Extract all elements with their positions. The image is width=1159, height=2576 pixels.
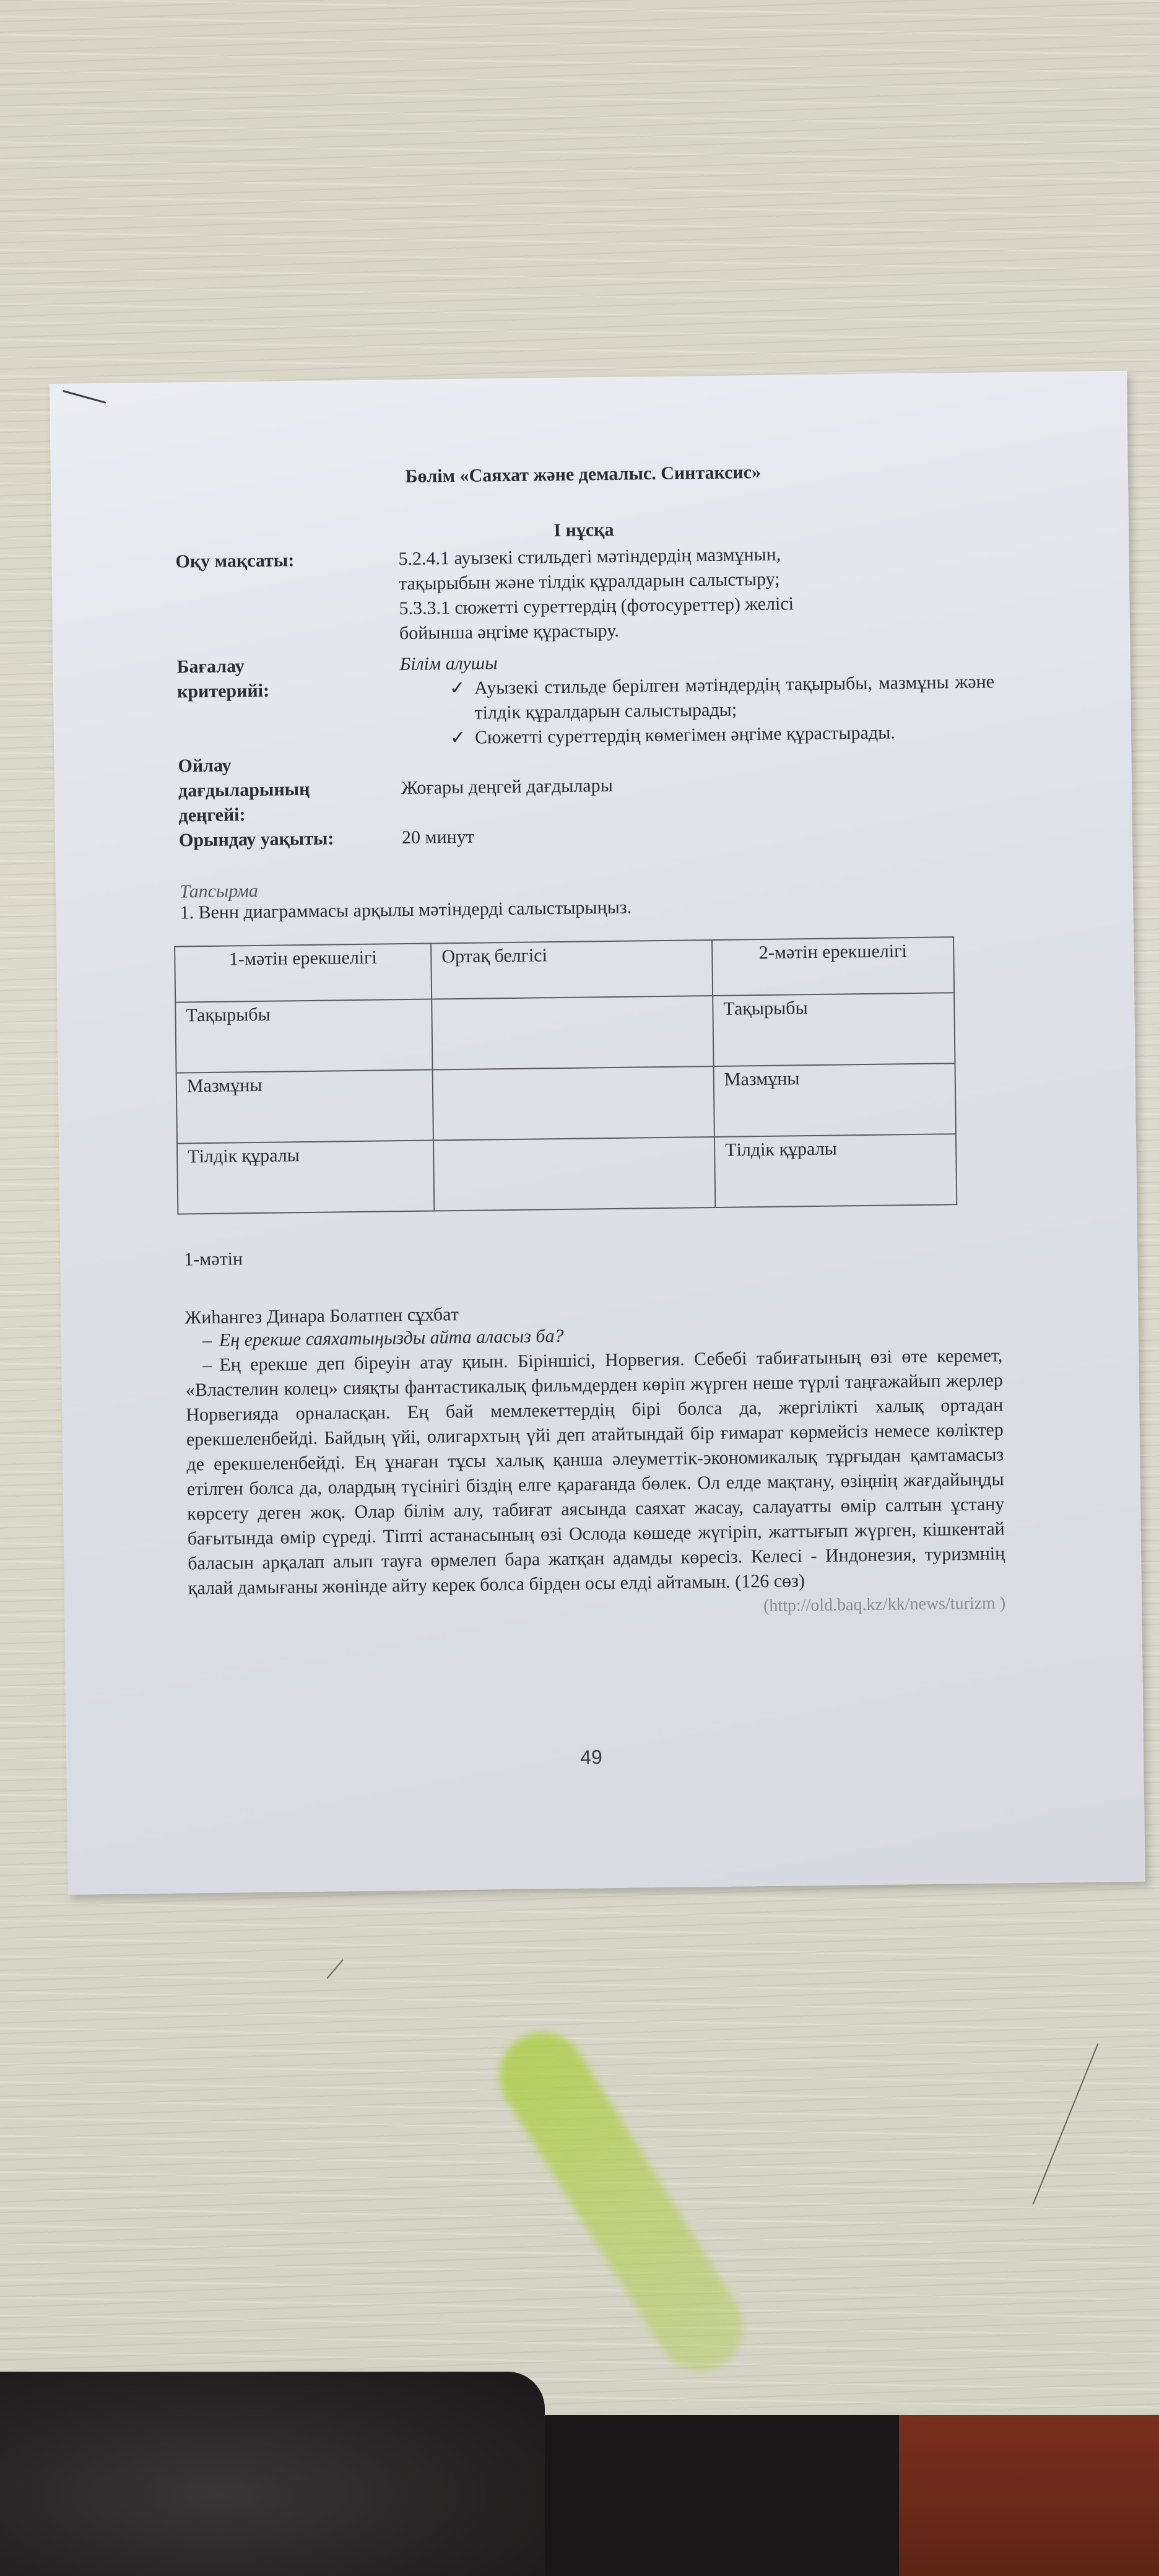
text1-label: 1-мәтін [184,1239,1001,1270]
venn-comparison-table: 1-мәтін ерекшелігі Ортақ белгісі 2-мәтін… [174,936,957,1214]
interview-dialogue: –Ең ерекше саяхатыңызды айта аласыз ба? … [185,1318,1005,1601]
table-cell: Тілдік құралы [177,1141,434,1214]
green-chalk-smudge [483,2016,760,2388]
criteria-item-text: Сюжетті суреттердің көмегімен әңгіме құр… [475,722,895,747]
criteria-label-line: критерийі: [177,677,400,704]
table-header-cell: Ортақ белгісі [431,940,713,999]
learning-goal-row: Оқу мақсаты: 5.2.4.1 ауызекі стильдегі м… [175,539,994,648]
wooden-furniture [899,2415,1159,2576]
table-cell: Мазмұны [714,1063,956,1137]
table-header-cell: 1-мәтін ерекшелігі [175,944,432,1003]
thinking-label-line: Ойлау [178,751,401,778]
table-cell-blank[interactable] [433,1066,714,1141]
criteria-row: Бағалау критерийі: Білім алушы ✓ Ауызекі… [176,645,995,754]
table-header-cell: 2-мәтін ерекшелігі [712,937,954,996]
thinking-label-line: деңгейі: [178,801,401,828]
table-cell-blank[interactable] [433,1137,715,1211]
checkmark-icon: ✓ [450,726,466,751]
interview-answer: –Ең ерекше деп біреуін атау қиын. Бірінш… [185,1343,1005,1601]
checkmark-icon: ✓ [449,676,466,701]
table-cell: Мазмұны [176,1070,433,1144]
dark-cloth [0,2372,545,2576]
criteria-label-line: Бағалау [176,652,399,679]
question-text: Ең ерекше саяхатыңызды айта аласыз ба? [219,1326,564,1351]
section-title: Бөлім «Саяхат және демалыс. Синтаксис» [175,459,992,490]
answer-text: Ең ерекше деп біреуін атау қиын. Бірінші… [186,1345,1005,1598]
table-cell: Тақырыбы [175,999,432,1073]
page-number: 49 [580,1746,602,1769]
thinking-label-line: дағдыларының [178,776,401,803]
table-header-row: 1-мәтін ерекшелігі Ортақ белгісі 2-мәтін… [175,937,954,1002]
criteria-label: Бағалау критерийі: [176,652,401,754]
criteria-item-text: Ауызекі стильде берілген мәтіндердің тақ… [474,671,994,723]
page-content: Бөлім «Саяхат және демалыс. Синтаксис» I… [175,459,1006,1623]
dash-glyph: – [202,1330,212,1351]
criteria-value: Білім алушы ✓ Ауызекі стильде берілген м… [399,645,995,751]
thinking-level-label: Ойлау дағдыларының деңгейі: [178,751,401,828]
thinking-level-row: Ойлау дағдыларының деңгейі: Жоғары деңге… [178,744,996,828]
table-cell: Тілдік құралы [714,1134,957,1207]
desk-scratch [326,1959,343,1979]
thinking-level-text: Жоғары деңгей дағдылары [401,775,613,798]
table-row: Тақырыбы Тақырыбы [175,993,955,1073]
table-row: Мазмұны Мазмұны [176,1063,956,1143]
document-page: Бөлім «Саяхат және демалыс. Синтаксис» I… [50,371,1145,1895]
pen-mark [63,390,106,404]
thinking-level-value: Жоғары деңгей дағдылары [401,744,996,825]
time-label: Орындау уақыты: [179,825,402,853]
table-cell-blank[interactable] [432,996,713,1070]
learning-goal-label: Оқу мақсаты: [175,547,399,648]
dash-glyph: – [202,1355,212,1375]
criteria-list: ✓ Ауызекі стильде берілген мәтіндердің т… [400,669,995,751]
desk-scratch [1033,2043,1099,2204]
table-row: Тілдік құралы Тілдік құралы [177,1134,957,1214]
criteria-item: ✓ Ауызекі стильде берілген мәтіндердің т… [449,669,995,726]
table-cell: Тақырыбы [713,993,955,1066]
learning-goal-value: 5.2.4.1 ауызекі стильдегі мәтіндердің ма… [398,539,994,646]
